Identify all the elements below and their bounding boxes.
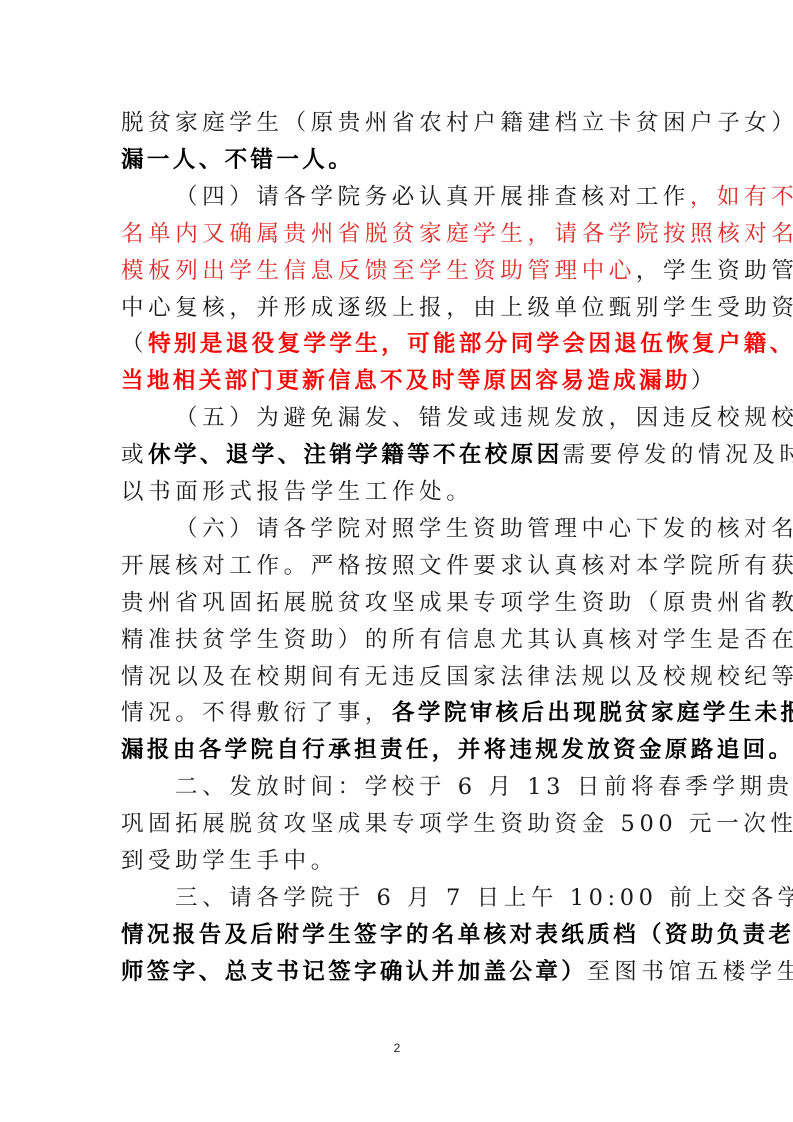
text-run: 至图书馆五楼学生 [587,959,793,985]
text-run: 二、发放时间：学校于 6 月 13 日前将春季学期贵州省 [175,774,793,800]
text-line: 模板列出学生信息反馈至学生资助管理中心，学生资助管理 [121,256,697,286]
text-line: 当地相关部门更新信息不及时等原因容易造成漏助） [121,366,697,396]
text-run: 需要停发的情况及时 [563,442,793,468]
text-run: 情况。不得敷衍了事， [121,700,392,726]
text-line: 到受助学生手中。 [121,846,697,876]
bold-text-run: 情况报告及后附学生签字的名单核对表纸质档（资助负责老 [121,922,793,948]
text-run: 情况以及在校期间有无违反国家法律法规以及校规校纪等 [121,664,793,690]
text-run: 到受助学生手中。 [121,848,338,874]
text-run: 或 [121,442,148,468]
text-run: 中心复核，并形成逐级上报，由上级单位甄别学生受助资格。 [121,295,793,321]
text-line: 情况。不得敷衍了事，各学院审核后出现脱贫家庭学生未报、 [121,698,697,728]
text-line: 脱贫家庭学生（原贵州省农村户籍建档立卡贫困户子女）不 [121,108,697,138]
text-line: （六）请各学院对照学生资助管理中心下发的核对名单 [175,514,697,544]
text-line: 精准扶贫学生资助）的所有信息尤其认真核对学生是否在校 [121,625,697,655]
text-line: 巩固拓展脱贫攻坚成果专项学生资助资金 500 元一次性发放 [121,809,697,839]
text-line: 情况报告及后附学生签字的名单核对表纸质档（资助负责老 [121,920,697,950]
bold-text-run: 漏一人、不错一人。 [121,147,354,173]
bold-text-run: 休学、退学、注销学籍等不在校原因 [148,442,562,468]
text-line: 漏报由各学院自行承担责任，并将违规发放资金原路追回。 [121,735,697,765]
text-line: 中心复核，并形成逐级上报，由上级单位甄别学生受助资格。 [121,293,697,323]
red-text-run: ，如有不在 [690,184,793,210]
text-line: 二、发放时间：学校于 6 月 13 日前将春季学期贵州省 [175,772,697,802]
text-run: ，学生资助管理 [636,258,793,284]
text-run: 脱贫家庭学生（原贵州省农村户籍建档立卡贫困户子女） [121,110,793,136]
text-line: （特别是退役复学学生，可能部分同学会因退伍恢复户籍、 [121,329,697,359]
text-line: 或休学、退学、注销学籍等不在校原因需要停发的情况及时 [121,440,697,470]
red-text-run: 名单内又确属贵州省脱贫家庭学生，请各学院按照核对名单 [121,221,793,247]
text-line: 三、请各学院于 6 月 7 日上午 10:00 前上交各学院核对 [175,883,697,913]
text-run: （四）请各学院务必认真开展排查核对工作 [175,184,690,210]
text-line: 贵州省巩固拓展脱贫攻坚成果专项学生资助（原贵州省教育 [121,588,697,618]
text-line: 名单内又确属贵州省脱贫家庭学生，请各学院按照核对名单 [121,219,697,249]
text-run: 精准扶贫学生资助）的所有信息尤其认真核对学生是否在校 [121,627,793,653]
bold-red-text-run: 特别是退役复学学生，可能部分同学会因退伍恢复户籍、 [148,331,793,357]
text-line: 情况以及在校期间有无违反国家法律法规以及校规校纪等 [121,662,697,692]
text-run: ） [691,368,718,394]
text-line: （四）请各学院务必认真开展排查核对工作，如有不在 [175,182,697,212]
text-run: 贵州省巩固拓展脱贫攻坚成果专项学生资助（原贵州省教育 [121,590,793,616]
bold-text-run: 漏报由各学院自行承担责任，并将违规发放资金原路追回。 [121,737,793,763]
text-run: 以书面形式报告学生工作处。 [121,479,473,505]
text-line: 以书面形式报告学生工作处。 [121,477,697,507]
red-text-run: 模板列出学生信息反馈至学生资助管理中心 [121,258,636,284]
text-line: 漏一人、不错一人。 [121,145,697,175]
text-line: （五）为避免漏发、错发或违规发放，因违反校规校纪 [175,403,697,433]
text-line: 师签字、总支书记签字确认并加盖公章）至图书馆五楼学生 [121,957,697,987]
text-run: 开展核对工作。严格按照文件要求认真核对本学院所有获得 [121,553,793,579]
text-run: （ [121,331,148,357]
text-run: （六）请各学院对照学生资助管理中心下发的核对名单 [175,516,793,542]
page-number: 2 [390,1041,404,1055]
text-run: 三、请各学院于 6 月 7 日上午 10:00 前上交各学院核对 [175,885,793,911]
bold-text-run: 各学院审核后出现脱贫家庭学生未报、 [392,700,793,726]
bold-red-text-run: 当地相关部门更新信息不及时等原因容易造成漏助 [121,368,691,394]
text-run: 巩固拓展脱贫攻坚成果专项学生资助资金 500 元一次性发放 [121,811,793,837]
text-line: 开展核对工作。严格按照文件要求认真核对本学院所有获得 [121,551,697,581]
document-page: 脱贫家庭学生（原贵州省农村户籍建档立卡贫困户子女）不漏一人、不错一人。（四）请各… [0,0,793,1122]
bold-text-run: 师签字、总支书记签字确认并加盖公章） [121,959,587,985]
text-run: （五）为避免漏发、错发或违规发放，因违反校规校纪 [175,405,793,431]
